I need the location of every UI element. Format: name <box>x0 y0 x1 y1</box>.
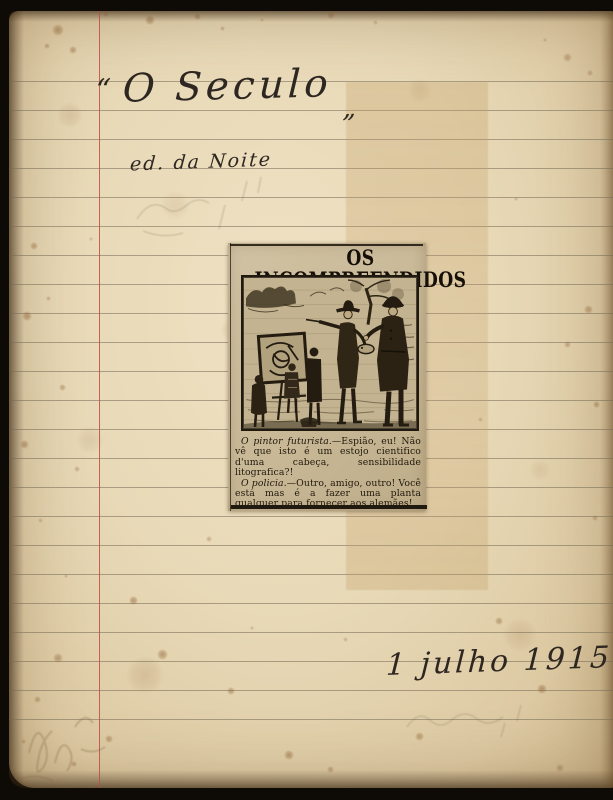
stain-spot <box>260 18 264 22</box>
painter-policeman-woodcut-illustration <box>244 278 416 428</box>
open-quote: “ <box>95 76 112 106</box>
stain-spot <box>327 766 334 773</box>
stain-spot <box>52 24 64 36</box>
handwritten-title: “ O Seculo „ <box>94 64 358 129</box>
stain-spot <box>69 46 77 54</box>
stain-spot <box>194 13 201 20</box>
stain-spot <box>105 735 113 743</box>
stain-spot <box>103 11 109 17</box>
stain-spot <box>415 732 424 741</box>
stain-spot <box>373 20 378 25</box>
stain-spot <box>21 739 26 744</box>
clipping-caption: O pintor futurista.—Espião, eu! Não vê q… <box>235 437 421 510</box>
stain-spot <box>556 764 564 772</box>
stain-spot <box>327 11 335 19</box>
stain-spot <box>145 15 155 25</box>
column-rule <box>230 243 231 511</box>
illustration-frame <box>241 275 419 431</box>
clipping-top-rule <box>230 244 423 246</box>
close-quote: „ <box>342 96 357 122</box>
stain-spot <box>44 43 50 49</box>
stain-spot <box>587 70 593 76</box>
caption-paragraph-1: O pintor futurista.—Espião, eu! Não vê q… <box>235 437 421 479</box>
newspaper-clipping: OS INCOMPREENDIDOS <box>228 243 426 511</box>
stain-spot <box>71 761 77 767</box>
clipping-bottom-rule <box>231 505 427 510</box>
stain-spot <box>543 38 547 42</box>
stain-spot <box>284 750 294 760</box>
title-text: O Seculo <box>122 64 333 109</box>
notebook-page: “ O Seculo „ ed. da Noite 1 julho 1915 O… <box>9 11 613 788</box>
stain-spot <box>563 53 572 62</box>
clipping-headline: OS INCOMPREENDIDOS <box>228 248 426 273</box>
stain-spot <box>220 26 225 31</box>
